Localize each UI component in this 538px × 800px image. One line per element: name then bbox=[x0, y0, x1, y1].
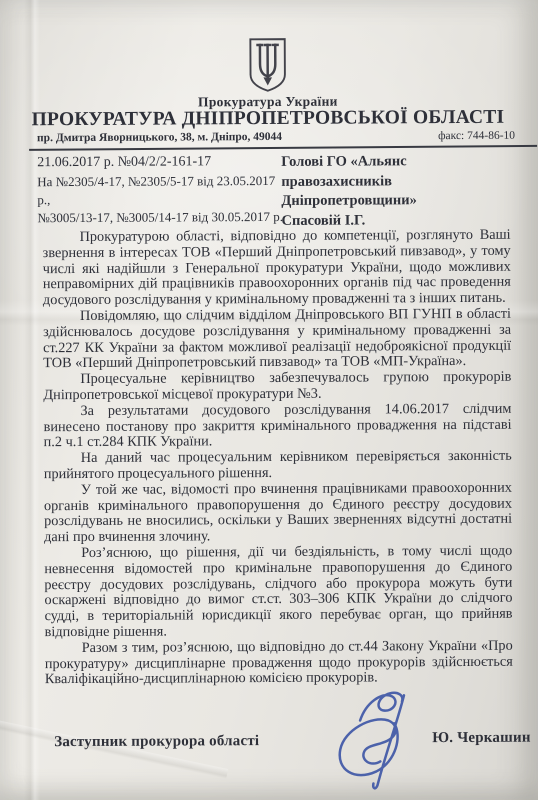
agency-name-title: ПРОКУРАТУРА ДНІПРОПЕТРОВСЬКОЇ ОБЛАСТІ bbox=[0, 107, 537, 132]
body-paragraph: Процесуальне керівництво забезпечувалось… bbox=[43, 370, 511, 404]
letter-content: Прокуратура України ПРОКУРАТУРА ДНІПРОПЕ… bbox=[0, 0, 538, 800]
addressee-line1: Голові ГО «Альянс правозахисників bbox=[281, 152, 517, 192]
scanned-letter-page: Прокуратура України ПРОКУРАТУРА ДНІПРОПЕ… bbox=[0, 0, 538, 800]
agency-address: пр. Дмитра Яворницького, 38, м. Дніпро, … bbox=[37, 131, 282, 144]
addressee-line2: Дніпропетровщини» bbox=[281, 191, 517, 212]
signatory-name: Ю. Черкашин bbox=[432, 730, 531, 748]
body-paragraph: За результатами досудового розслідування… bbox=[43, 401, 511, 451]
body-paragraph: У той же час, відомості про вчинення пра… bbox=[44, 480, 512, 546]
letter-body: Прокуратурою області, відповідно до комп… bbox=[43, 228, 513, 689]
body-paragraph: Повідомляю, що слідчим відділом Дніпровс… bbox=[43, 307, 511, 373]
outgoing-reference: 21.06.2017 р. №04/2/2-161-17 На №2305/4-… bbox=[37, 153, 285, 232]
reference-block: 21.06.2017 р. №04/2/2-161-17 На №2305/4-… bbox=[37, 152, 517, 233]
body-paragraph: Роз’яснюю, що рішення, дії чи бездіяльні… bbox=[44, 544, 512, 641]
ukraine-tryzub-icon bbox=[247, 36, 289, 99]
body-paragraph: Разом з тим, роз’яснюю, що відповідно до… bbox=[45, 638, 513, 688]
signatory-position: Заступник прокурора області bbox=[54, 733, 259, 751]
ref-incoming-line1: На №2305/4-17, №2305/5-17 від 23.05.2017… bbox=[37, 172, 285, 209]
signature-ink bbox=[330, 687, 431, 798]
body-paragraph: На даний час процесуальним керівником пе… bbox=[44, 449, 512, 483]
letterhead-divider bbox=[29, 145, 537, 151]
ref-date-number: 21.06.2017 р. №04/2/2-161-17 bbox=[37, 153, 285, 172]
letterhead-address-row: пр. Дмитра Яворницького, 38, м. Дніпро, … bbox=[37, 130, 515, 145]
addressee-block: Голові ГО «Альянс правозахисників Дніпро… bbox=[281, 152, 517, 231]
ref-incoming-line2: №3005/13-17, №3005/14-17 від 30.05.2017 … bbox=[37, 208, 285, 227]
agency-fax: факс: 744-86-10 bbox=[438, 130, 515, 142]
body-paragraph: Прокуратурою області, відповідно до комп… bbox=[43, 228, 511, 309]
